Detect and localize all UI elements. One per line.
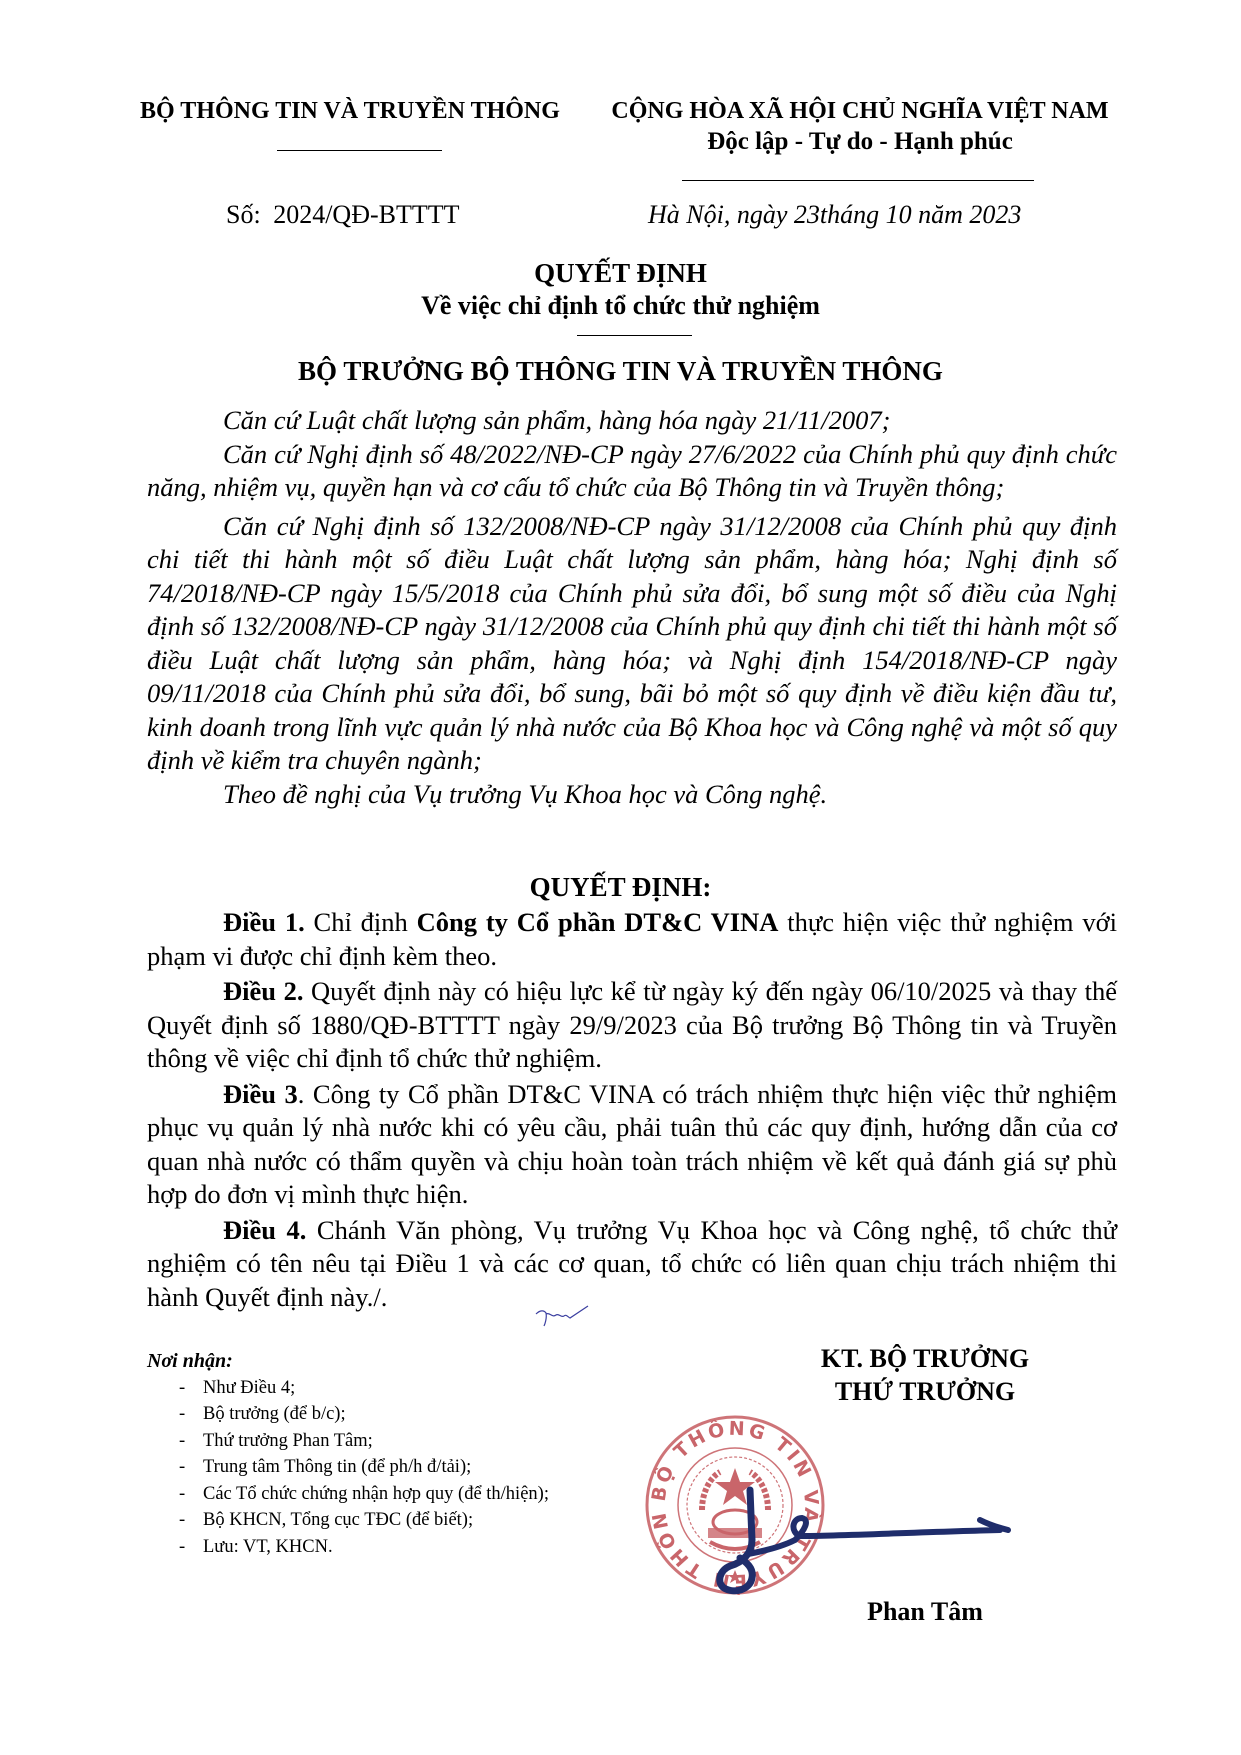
- motto-underline: [682, 180, 1034, 181]
- article-3: Điều 3. Công ty Cổ phần DT&C VINA có trá…: [147, 1078, 1117, 1212]
- article-4-label: Điều 4.: [223, 1215, 306, 1245]
- issuing-authority: BỘ TRƯỞNG BỘ THÔNG TIN VÀ TRUYỀN THÔNG: [0, 356, 1241, 387]
- document-number: Số: 2024/QĐ-BTTTT: [226, 200, 460, 230]
- recipient-item: Lưu: VT, KHCN.: [179, 1534, 549, 1561]
- recipient-item: Thứ trưởng Phan Tâm;: [179, 1428, 549, 1455]
- decision-heading: QUYẾT ĐỊNH:: [0, 872, 1241, 903]
- recipients-title: Nơi nhận:: [147, 1348, 549, 1375]
- country-name: CỘNG HÒA XÃ HỘI CHỦ NGHĨA VIỆT NAM: [600, 98, 1120, 125]
- issuing-agency: BỘ THÔNG TIN VÀ TRUYỀN THÔNG: [130, 98, 570, 125]
- signature-line-2: THỨ TRƯỞNG: [760, 1375, 1090, 1408]
- article-2-label: Điều 2.: [223, 976, 303, 1006]
- place-date: Hà Nội, ngày 23tháng 10 năm 2023: [648, 200, 1021, 230]
- document-number-value: 2024/QĐ-BTTTT: [273, 200, 459, 229]
- signer-name: Phan Tâm: [760, 1595, 1090, 1628]
- recipients-list: Như Điều 4; Bộ trưởng (để b/c); Thứ trưở…: [147, 1375, 549, 1561]
- agency-underline: [277, 150, 442, 151]
- preamble-basis-3: Căn cứ Nghị định số 132/2008/NĐ-CP ngày …: [147, 510, 1117, 778]
- recipient-item: Bộ KHCN, Tổng cục TĐC (để biết);: [179, 1507, 549, 1534]
- article-2: Điều 2. Quyết định này có hiệu lực kể từ…: [147, 975, 1117, 1076]
- document-subject: Về việc chỉ định tổ chức thử nghiệm: [0, 291, 1241, 321]
- national-motto: Độc lập - Tự do - Hạnh phúc: [600, 128, 1120, 156]
- initial-mark-icon: [532, 1300, 592, 1330]
- document-title: QUYẾT ĐỊNH: [0, 258, 1241, 289]
- articles: Điều 1. Chỉ định Công ty Cổ phần DT&C VI…: [147, 906, 1117, 1314]
- recipients: Nơi nhận: Như Điều 4; Bộ trưởng (để b/c)…: [147, 1348, 549, 1560]
- subject-underline: [577, 335, 692, 336]
- article-4: Điều 4. Chánh Văn phòng, Vụ trưởng Vụ Kh…: [147, 1214, 1117, 1315]
- recipient-item: Trung tâm Thông tin (để ph/h đ/tải);: [179, 1454, 549, 1481]
- preamble: Căn cứ Luật chất lượng sản phẩm, hàng hó…: [147, 404, 1117, 811]
- signature-title: KT. BỘ TRƯỞNG THỨ TRƯỞNG: [760, 1342, 1090, 1408]
- designated-company: Công ty Cổ phần DT&C VINA: [417, 907, 779, 937]
- recipient-item: Như Điều 4;: [179, 1375, 549, 1402]
- preamble-basis-2: Căn cứ Nghị định số 48/2022/NĐ-CP ngày 2…: [147, 438, 1117, 505]
- preamble-proposal: Theo đề nghị của Vụ trưởng Vụ Khoa học v…: [147, 778, 1117, 812]
- signature-line-1: KT. BỘ TRƯỞNG: [760, 1342, 1090, 1375]
- preamble-basis-1: Căn cứ Luật chất lượng sản phẩm, hàng hó…: [147, 404, 1117, 438]
- document-number-label: Số:: [226, 200, 261, 229]
- recipient-item: Bộ trưởng (để b/c);: [179, 1401, 549, 1428]
- article-1: Điều 1. Chỉ định Công ty Cổ phần DT&C VI…: [147, 906, 1117, 973]
- handwritten-signature-icon: [640, 1470, 1020, 1600]
- article-1-label: Điều 1.: [223, 907, 305, 937]
- recipient-item: Các Tổ chức chứng nhận hợp quy (để th/hi…: [179, 1481, 549, 1508]
- article-3-label: Điều 3: [223, 1079, 298, 1109]
